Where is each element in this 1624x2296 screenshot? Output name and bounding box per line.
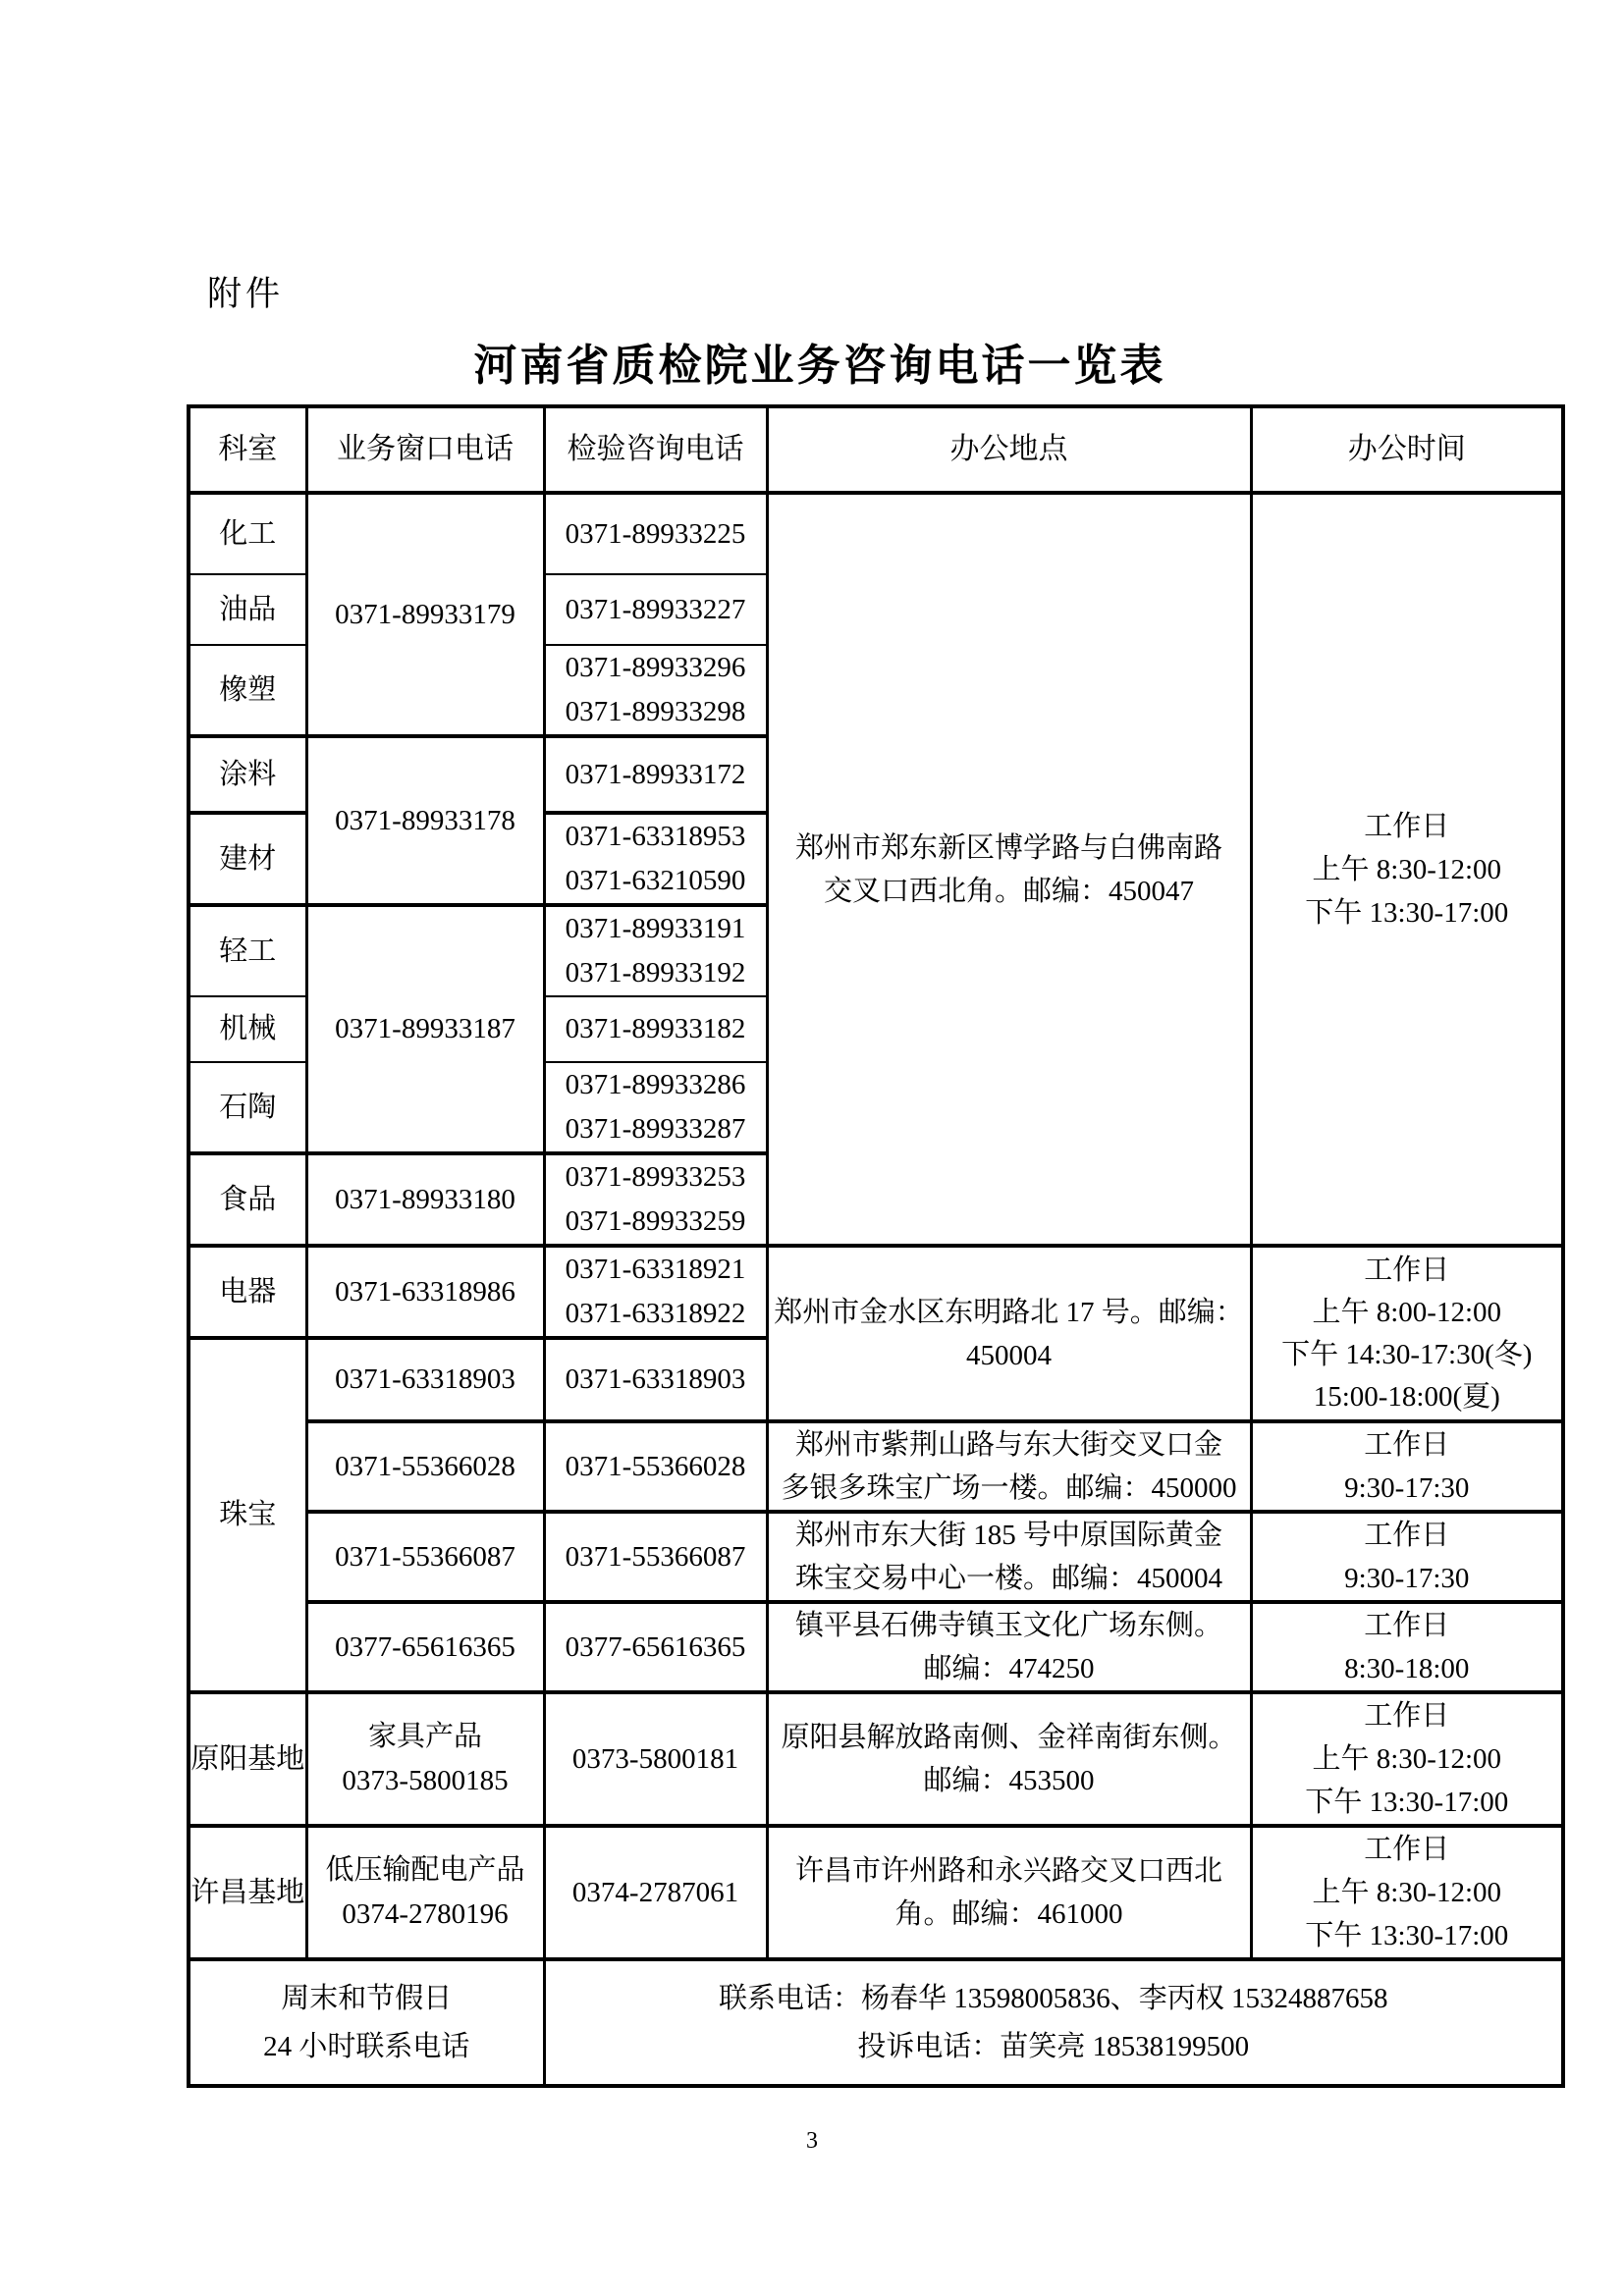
location-line: 交叉口西北角。邮编：450047 xyxy=(769,870,1250,913)
hours-line: 上午 8:30-12:00 xyxy=(1253,1737,1562,1781)
location-line: 郑州市郑东新区博学路与白佛南路 xyxy=(769,827,1250,870)
office-hours-main: 工作日 上午 8:30-12:00 下午 13:30-17:00 xyxy=(1251,493,1563,1246)
inspection-phone-huagong: 0371-89933225 xyxy=(544,493,767,574)
office-location-zhenping: 镇平县石佛寺镇玉文化广场东侧。 邮编：474250 xyxy=(767,1602,1251,1692)
phone-line: 0371-89933286 xyxy=(546,1063,766,1107)
office-location-main: 郑州市郑东新区博学路与白佛南路 交叉口西北角。邮编：450047 xyxy=(767,493,1251,1246)
row-xuchang: 许昌基地 低压输配电产品 0374-2780196 0374-2787061 许… xyxy=(189,1826,1563,1959)
inspection-phone-zhubao3: 0371-55366087 xyxy=(544,1512,767,1602)
window-phone-xuchang: 低压输配电产品 0374-2780196 xyxy=(306,1826,544,1959)
office-location-dongming: 郑州市金水区东明路北 17 号。邮编： 450004 xyxy=(767,1246,1251,1421)
location-line: 邮编：474250 xyxy=(769,1647,1250,1690)
phone-line: 0371-89933259 xyxy=(546,1200,766,1244)
window-phone-group1: 0371-89933179 xyxy=(306,493,544,736)
office-hours-zhubao4: 工作日 8:30-18:00 xyxy=(1251,1602,1563,1692)
row-dianqi: 电器 0371-63318986 0371-63318921 0371-6331… xyxy=(189,1246,1563,1338)
location-line: 镇平县石佛寺镇玉文化广场东侧。 xyxy=(769,1604,1250,1647)
header-office-hours: 办公时间 xyxy=(1251,406,1563,493)
office-location-xuchang: 许昌市许州路和永兴路交叉口西北 角。邮编：461000 xyxy=(767,1826,1251,1959)
window-phone-zhubao1: 0371-63318903 xyxy=(306,1338,544,1421)
inspection-phone-zhubao1: 0371-63318903 xyxy=(544,1338,767,1421)
dept-dianqi: 电器 xyxy=(189,1246,306,1338)
phone-line: 0371-63318922 xyxy=(546,1292,766,1336)
office-hours-zhubao3: 工作日 9:30-17:30 xyxy=(1251,1512,1563,1602)
row-huagong: 化工 0371-89933179 0371-89933225 郑州市郑东新区博学… xyxy=(189,493,1563,574)
inspection-phone-jixie: 0371-89933182 xyxy=(544,996,767,1062)
phone-line: 0371-89933191 xyxy=(546,907,766,951)
window-phone-shipin: 0371-89933180 xyxy=(306,1153,544,1246)
dept-jiancai: 建材 xyxy=(189,813,306,905)
location-line: 郑州市金水区东明路北 17 号。邮编： xyxy=(769,1291,1250,1334)
weekend-contact-label: 周末和节假日 24 小时联系电话 xyxy=(189,1959,544,2086)
hours-line: 工作日 xyxy=(1253,1514,1562,1557)
hours-line: 下午 14:30-17:30(冬) xyxy=(1253,1334,1562,1376)
window-phone-dianqi: 0371-63318986 xyxy=(306,1246,544,1338)
hours-line: 15:00-18:00(夏) xyxy=(1253,1376,1562,1418)
header-window-phone: 业务窗口电话 xyxy=(306,406,544,493)
hours-line: 工作日 xyxy=(1253,1423,1562,1467)
office-hours-xuchang: 工作日 上午 8:30-12:00 下午 13:30-17:00 xyxy=(1251,1826,1563,1959)
window-phone-zhubao2: 0371-55366028 xyxy=(306,1421,544,1512)
phone-line: 0373-5800185 xyxy=(308,1759,543,1803)
dept-youpin: 油品 xyxy=(189,574,306,645)
window-phone-yuanyang: 家具产品 0373-5800185 xyxy=(306,1692,544,1826)
inspection-phone-jiancai: 0371-63318953 0371-63210590 xyxy=(544,813,767,905)
dept-jixie: 机械 xyxy=(189,996,306,1062)
location-line: 原阳县解放路南侧、金祥南街东侧。 xyxy=(769,1716,1250,1759)
location-line: 角。邮编：461000 xyxy=(769,1893,1250,1936)
phone-line: 0371-63318953 xyxy=(546,815,766,859)
hours-line: 8:30-18:00 xyxy=(1253,1647,1562,1690)
dept-xuchang: 许昌基地 xyxy=(189,1826,306,1959)
location-line: 郑州市东大街 185 号中原国际黄金 xyxy=(769,1514,1250,1557)
document-page: { "page": { "attachment_label": "附件", "t… xyxy=(0,0,1624,2296)
phone-line: 低压输配电产品 xyxy=(308,1848,543,1893)
hours-line: 下午 13:30-17:00 xyxy=(1253,891,1562,934)
inspection-phone-shipin: 0371-89933253 0371-89933259 xyxy=(544,1153,767,1246)
footer-right-line: 投诉电话：苗笑亮 18538199500 xyxy=(546,2023,1562,2071)
hours-line: 上午 8:00-12:00 xyxy=(1253,1292,1562,1334)
dept-tuliao: 涂料 xyxy=(189,736,306,813)
office-hours-yuanyang: 工作日 上午 8:30-12:00 下午 13:30-17:00 xyxy=(1251,1692,1563,1826)
footer-right-line: 联系电话：杨春华 13598005836、李丙权 15324887658 xyxy=(546,1975,1562,2023)
hours-line: 下午 13:30-17:00 xyxy=(1253,1914,1562,1957)
attachment-label: 附件 xyxy=(207,267,284,316)
row-footer: 周末和节假日 24 小时联系电话 联系电话：杨春华 13598005836、李丙… xyxy=(189,1959,1563,2086)
dept-yuanyang: 原阳基地 xyxy=(189,1692,306,1826)
location-line: 邮编：453500 xyxy=(769,1759,1250,1802)
inspection-phone-zhubao2: 0371-55366028 xyxy=(544,1421,767,1512)
inspection-phone-qinggong: 0371-89933191 0371-89933192 xyxy=(544,905,767,996)
page-number: 3 xyxy=(0,2128,1624,2155)
header-row: 科室 业务窗口电话 检验咨询电话 办公地点 办公时间 xyxy=(189,406,1563,493)
hours-line: 上午 8:30-12:00 xyxy=(1253,848,1562,891)
hours-line: 9:30-17:30 xyxy=(1253,1467,1562,1510)
row-zhubao-2: 0371-55366028 0371-55366028 郑州市紫荆山路与东大街交… xyxy=(189,1421,1563,1512)
footer-left-line: 周末和节假日 xyxy=(190,1975,543,2023)
row-zhubao-3: 0371-55366087 0371-55366087 郑州市东大街 185 号… xyxy=(189,1512,1563,1602)
hours-line: 工作日 xyxy=(1253,1694,1562,1737)
hours-line: 下午 13:30-17:00 xyxy=(1253,1781,1562,1824)
inspection-phone-youpin: 0371-89933227 xyxy=(544,574,767,645)
inspection-phone-shitao: 0371-89933286 0371-89933287 xyxy=(544,1062,767,1153)
hours-line: 工作日 xyxy=(1253,805,1562,848)
footer-left-line: 24 小时联系电话 xyxy=(190,2023,543,2071)
header-inspection-phone: 检验咨询电话 xyxy=(544,406,767,493)
location-line: 450004 xyxy=(769,1334,1250,1377)
phone-line: 0371-89933192 xyxy=(546,951,766,995)
phone-line: 0371-89933298 xyxy=(546,690,766,734)
dept-zhubao: 珠宝 xyxy=(189,1338,306,1692)
office-location-zijingshan: 郑州市紫荆山路与东大街交叉口金 多银多珠宝广场一楼。邮编：450000 xyxy=(767,1421,1251,1512)
phone-line: 0374-2780196 xyxy=(308,1893,543,1937)
phone-line: 0371-89933253 xyxy=(546,1155,766,1200)
inspection-phone-xiangsu: 0371-89933296 0371-89933298 xyxy=(544,645,767,736)
office-location-yuanyang: 原阳县解放路南侧、金祥南街东侧。 邮编：453500 xyxy=(767,1692,1251,1826)
header-department: 科室 xyxy=(189,406,306,493)
window-phone-group3: 0371-89933187 xyxy=(306,905,544,1153)
office-hours-zhubao2: 工作日 9:30-17:30 xyxy=(1251,1421,1563,1512)
hours-line: 上午 8:30-12:00 xyxy=(1253,1871,1562,1914)
phone-line: 0371-89933296 xyxy=(546,646,766,690)
window-phone-zhubao4: 0377-65616365 xyxy=(306,1602,544,1692)
dept-qinggong: 轻工 xyxy=(189,905,306,996)
dept-huagong: 化工 xyxy=(189,493,306,574)
row-zhubao-4: 0377-65616365 0377-65616365 镇平县石佛寺镇玉文化广场… xyxy=(189,1602,1563,1692)
location-line: 多银多珠宝广场一楼。邮编：450000 xyxy=(769,1467,1250,1510)
header-office-location: 办公地点 xyxy=(767,406,1251,493)
phone-line: 0371-63318921 xyxy=(546,1248,766,1292)
hours-line: 9:30-17:30 xyxy=(1253,1557,1562,1600)
dept-xiangsu: 橡塑 xyxy=(189,645,306,736)
office-hours-dianqi: 工作日 上午 8:00-12:00 下午 14:30-17:30(冬) 15:0… xyxy=(1251,1246,1563,1421)
page-title: 河南省质检院业务咨询电话一览表 xyxy=(0,330,1624,393)
phone-line: 0371-63210590 xyxy=(546,859,766,903)
hours-line: 工作日 xyxy=(1253,1604,1562,1647)
dept-shipin: 食品 xyxy=(189,1153,306,1246)
phone-line: 0371-89933287 xyxy=(546,1107,766,1151)
location-line: 郑州市紫荆山路与东大街交叉口金 xyxy=(769,1423,1250,1467)
dept-shitao: 石陶 xyxy=(189,1062,306,1153)
hours-line: 工作日 xyxy=(1253,1250,1562,1292)
window-phone-zhubao3: 0371-55366087 xyxy=(306,1512,544,1602)
inspection-phone-zhubao4: 0377-65616365 xyxy=(544,1602,767,1692)
phone-line: 家具产品 xyxy=(308,1715,543,1759)
inspection-phone-tuliao: 0371-89933172 xyxy=(544,736,767,813)
office-location-dongdajie: 郑州市东大街 185 号中原国际黄金 珠宝交易中心一楼。邮编：450004 xyxy=(767,1512,1251,1602)
inspection-phone-dianqi: 0371-63318921 0371-63318922 xyxy=(544,1246,767,1338)
inspection-phone-yuanyang: 0373-5800181 xyxy=(544,1692,767,1826)
location-line: 珠宝交易中心一楼。邮编：450004 xyxy=(769,1557,1250,1600)
inspection-phone-xuchang: 0374-2787061 xyxy=(544,1826,767,1959)
window-phone-group2: 0371-89933178 xyxy=(306,736,544,905)
row-yuanyang: 原阳基地 家具产品 0373-5800185 0373-5800181 原阳县解… xyxy=(189,1692,1563,1826)
hours-line: 工作日 xyxy=(1253,1828,1562,1871)
location-line: 许昌市许州路和永兴路交叉口西北 xyxy=(769,1849,1250,1893)
contact-table: 科室 业务窗口电话 检验咨询电话 办公地点 办公时间 化工 0371-89933… xyxy=(187,404,1565,2088)
weekend-contact-numbers: 联系电话：杨春华 13598005836、李丙权 15324887658 投诉电… xyxy=(544,1959,1563,2086)
